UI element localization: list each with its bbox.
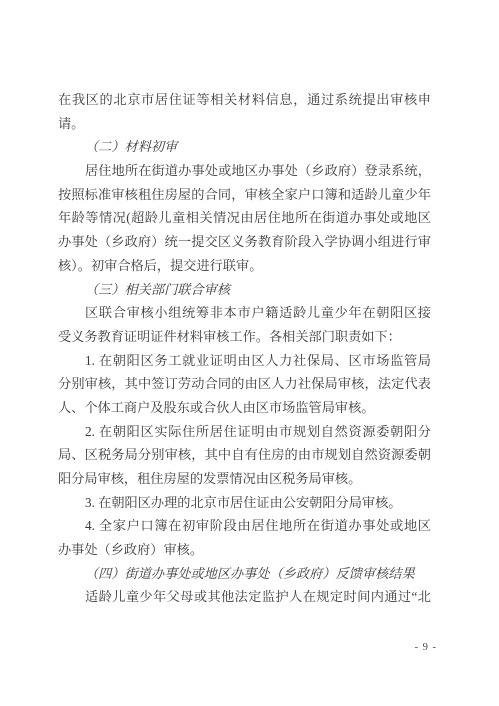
text-line: 2. 在朝阳区实际住所居住证明由市规划自然资源委朝阳分: [58, 420, 431, 444]
heading-line: （三）相关部门联合审核: [58, 278, 431, 302]
document-page: 在我区的北京市居住证等相关材料信息，通过系统提出审核申请。（二）材料初审居住地所…: [0, 0, 499, 706]
text-line: 办事处（乡政府）审核。: [58, 538, 431, 562]
text-line: 请。: [58, 112, 431, 136]
heading-line: （四）街道办事处或地区办事处（乡政府）反馈审核结果: [58, 562, 431, 586]
text-line: 居住地所在街道办事处或地区办事处（乡政府）登录系统，: [58, 159, 431, 183]
page-number: - 9 -: [415, 641, 438, 654]
text-line: 阳分局审核，租住房屋的发票情况由区税务局审核。: [58, 467, 431, 491]
text-line: 适龄儿童少年父母或其他法定监护人在规定时间内通过“北: [58, 585, 431, 609]
text-line: 受义务教育证明证件材料审核工作。各相关部门职责如下：: [58, 325, 431, 349]
text-line: 分别审核，其中签订劳动合同的由区人力社保局审核，法定代表: [58, 372, 431, 396]
text-line: 人、个体工商户及股东或合伙人由区市场监管局审核。: [58, 396, 431, 420]
heading-line: （二）材料初审: [58, 135, 431, 159]
text-line: 区联合审核小组统筹非本市户籍适龄儿童少年在朝阳区接: [58, 301, 431, 325]
document-lines: 在我区的北京市居住证等相关材料信息，通过系统提出审核申请。（二）材料初审居住地所…: [58, 88, 431, 609]
text-line: 4. 全家户口簿在初审阶段由居住地所在街道办事处或地区: [58, 514, 431, 538]
text-line: 核）。初审合格后，提交进行联审。: [58, 254, 431, 278]
text-line: 3. 在朝阳区办理的北京市居住证由公安朝阳分局审核。: [58, 491, 431, 515]
text-line: 1. 在朝阳区务工就业证明由区人力社保局、区市场监管局: [58, 349, 431, 373]
text-line: 按照标准审核租住房屋的合同，审核全家户口簿和适龄儿童少年: [58, 183, 431, 207]
text-line: 办事处（乡政府）统一提交区义务教育阶段入学协调小组进行审: [58, 230, 431, 254]
text-line: 局、区税务局分别审核，其中自有住房的由市规划自然资源委朝: [58, 443, 431, 467]
text-line: 在我区的北京市居住证等相关材料信息，通过系统提出审核申: [58, 88, 431, 112]
text-line: 年龄等情况(超龄儿童相关情况由居住地所在街道办事处或地区: [58, 206, 431, 230]
